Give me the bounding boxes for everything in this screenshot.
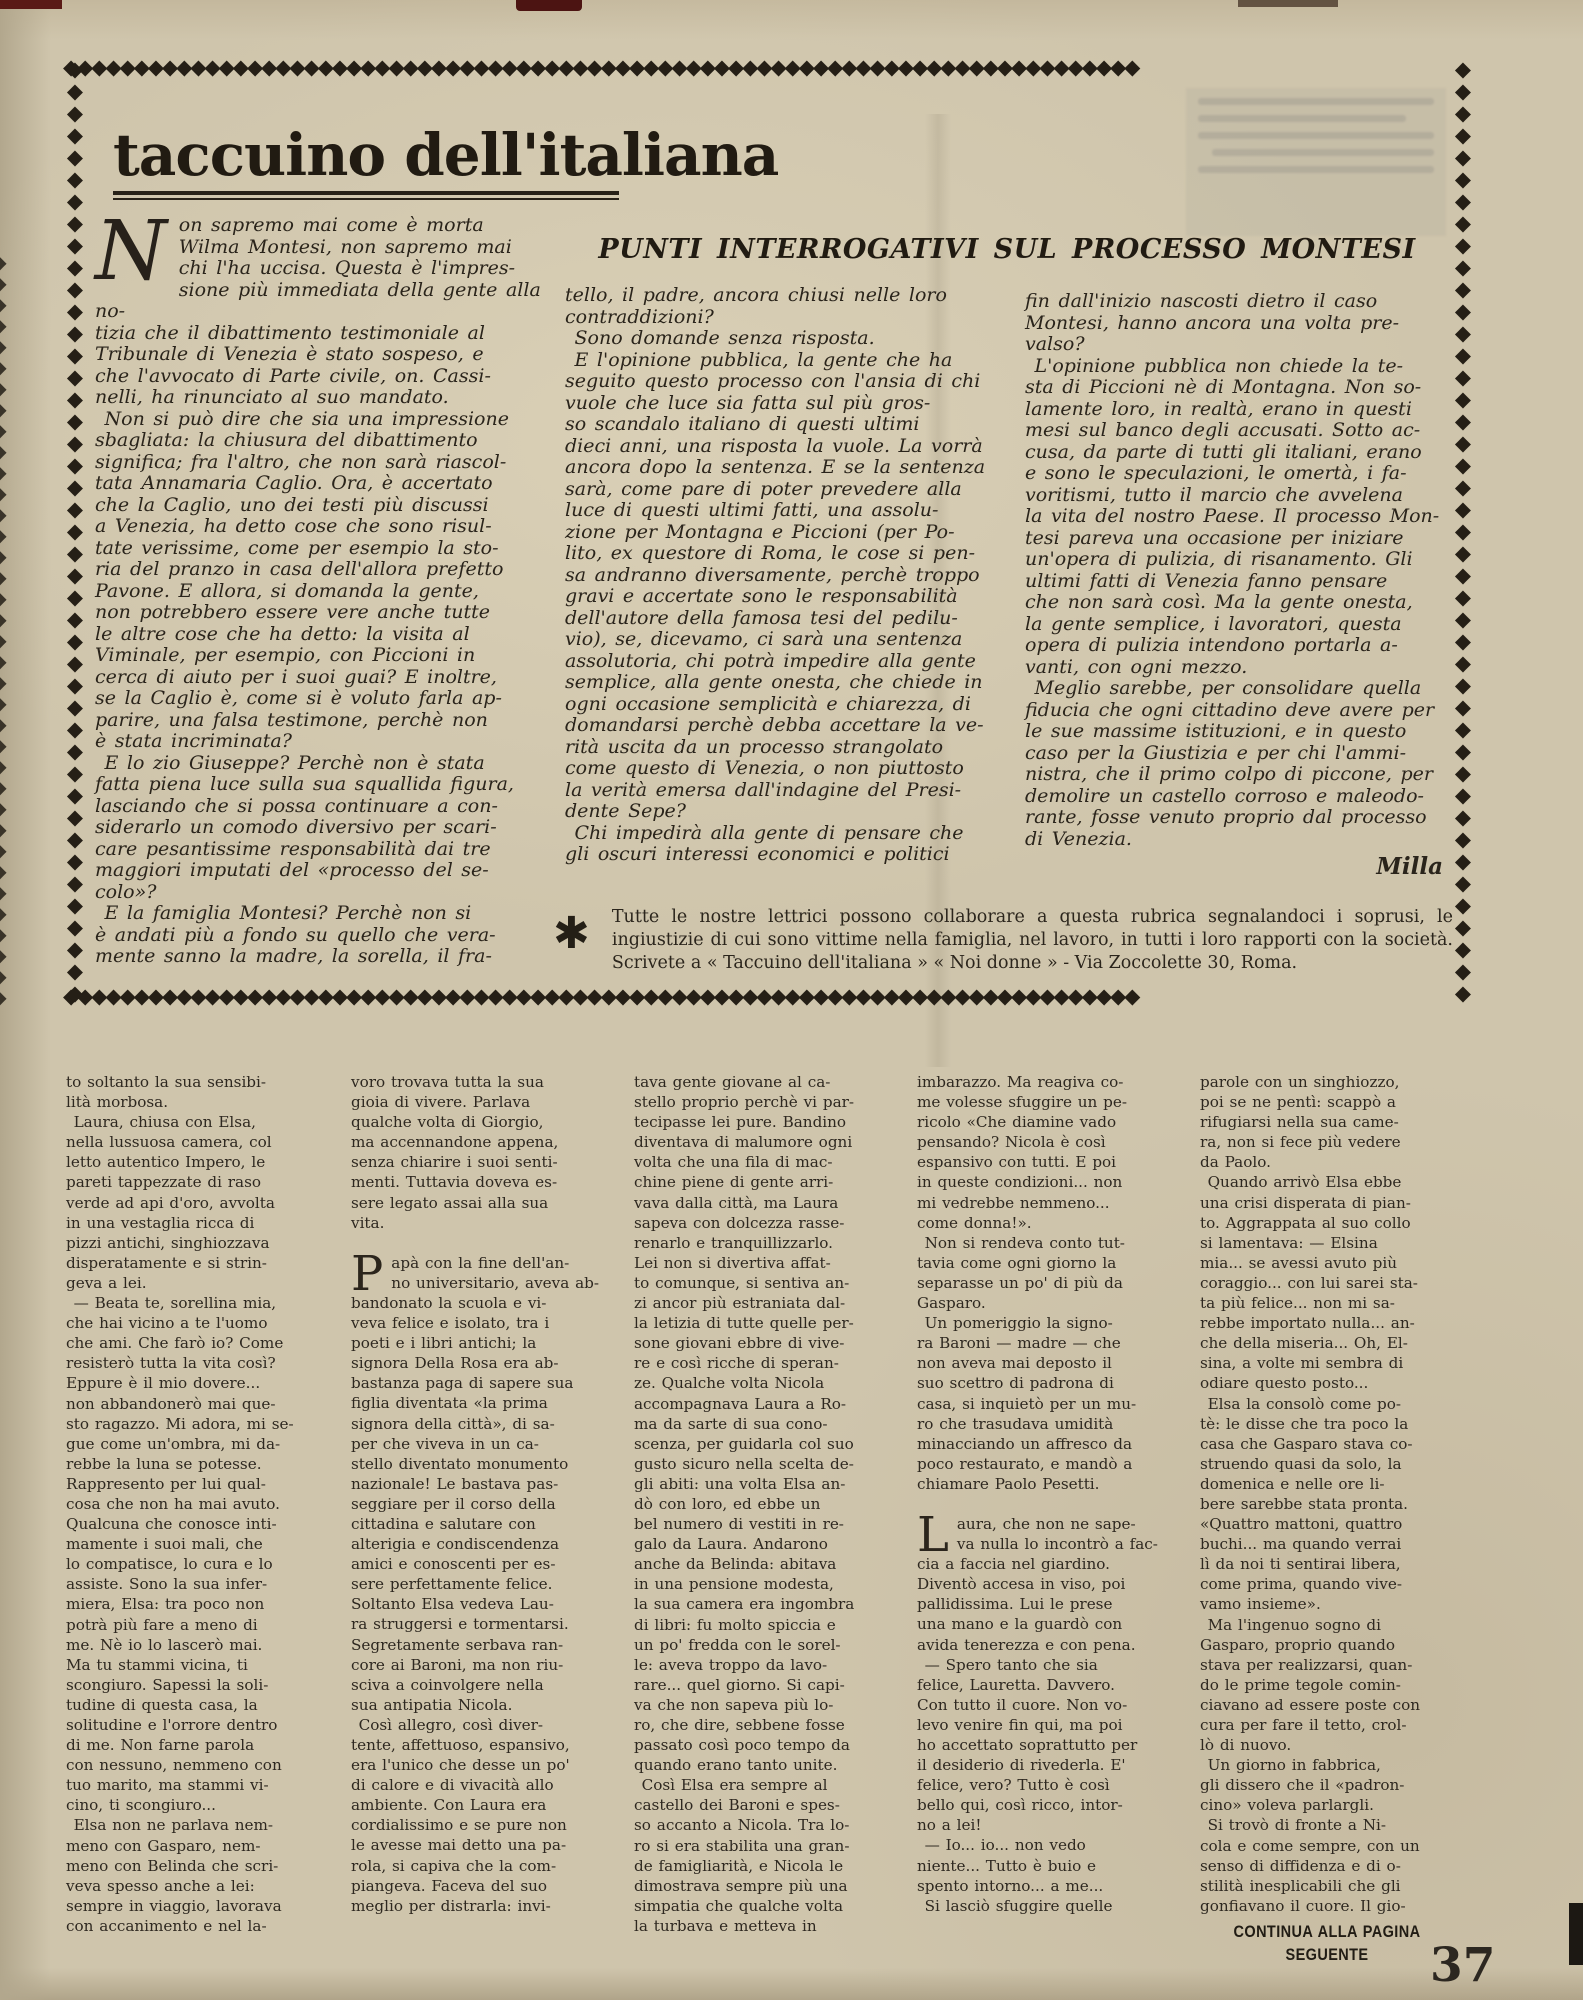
diamond-border-right: ◆◆◆◆◆◆◆◆◆◆◆◆◆◆◆◆◆◆◆◆◆◆◆◆◆◆◆◆◆◆◆◆◆◆◆◆◆◆◆◆… [1451,57,1473,1008]
feature-column-3: fin dall'inizio nascosti dietro il caso … [1025,291,1451,878]
feature-column-2-text: tello, il padre, ancora chiusi nelle lor… [565,284,985,865]
print-artifact [1569,1903,1583,1965]
feature-column-3-text: fin dall'inizio nascosti dietro il caso … [1025,290,1439,850]
story-text: to soltanto la sua sensibi- lità morbosa… [66,1073,294,1935]
story-text: apà con la fine dell'an- no universitari… [351,1254,599,1915]
story-column-4: imbarazzo. Ma reagiva co- me volesse sfu… [917,1072,1171,1916]
asterisk-icon: ✱ [553,912,590,956]
diamond-border-top: ◆◆◆◆◆◆◆◆◆◆◆◆◆◆◆◆◆◆◆◆◆◆◆◆◆◆◆◆◆◆◆◆◆◆◆◆◆◆◆◆… [63,57,1473,79]
drop-cap-L: L [917,1514,957,1554]
story-column-1: to soltanto la sua sensibi- lità morbosa… [66,1072,320,1936]
feature-byline: Milla [1025,856,1451,878]
diamond-border-left: ◆◆◆◆◆◆◆◆◆◆◆◆◆◆◆◆◆◆◆◆◆◆◆◆◆◆◆◆◆◆◆◆◆◆◆◆◆◆◆◆… [63,57,85,1008]
feature-box: ◆◆◆◆◆◆◆◆◆◆◆◆◆◆◆◆◆◆◆◆◆◆◆◆◆◆◆◆◆◆◆◆◆◆◆◆◆◆◆◆… [63,57,1473,1008]
story-text: imbarazzo. Ma reagiva co- me volesse sfu… [917,1073,1136,1493]
drop-cap-P: P [351,1253,391,1293]
feature-column-2: tello, il padre, ancora chiusi nelle lor… [565,285,1009,866]
drop-cap-N: N [95,215,179,283]
print-artifact [0,0,62,9]
story-text: tava gente giovane al ca- stello proprio… [634,1073,854,1935]
footnote-text: Tutte le nostre lettrici possono collabo… [612,906,1453,975]
title-double-rule [113,191,619,200]
feature-column-1: Non sapremo mai come è morta Wilma Monte… [95,215,551,968]
print-artifact [1238,0,1338,7]
feature-column-1-text: on sapremo mai come è morta Wilma Montes… [95,214,541,967]
story-text: voro trovava tutta la sua gioia di viver… [351,1073,558,1232]
facing-page-border-bleed: ◆◆◆◆◆◆◆◆◆◆◆◆◆◆◆◆◆◆◆◆◆◆◆◆◆◆◆◆◆◆◆◆◆◆◆◆◆◆◆◆ [0,250,10,1010]
print-artifact [516,0,582,11]
story-text: aura, che non ne sape- va nulla lo incon… [917,1515,1158,1915]
story-column-2: voro trovava tutta la sua gioia di viver… [351,1072,605,1916]
page-number: 37 [1430,1938,1495,1993]
feature-headline: PUNTI INTERROGATIVI SUL PROCESSO MONTESI [563,234,1451,265]
editorial-footnote: ✱ Tutte le nostre lettrici possono colla… [553,906,1453,975]
rubric-title: taccuino dell'italiana [113,121,778,189]
story-column-5: parole con un singhiozzo, poi se ne pent… [1200,1072,1454,1964]
story-column-3: tava gente giovane al ca- stello proprio… [634,1072,888,1936]
magazine-page: ◆◆◆◆◆◆◆◆◆◆◆◆◆◆◆◆◆◆◆◆◆◆◆◆◆◆◆◆◆◆◆◆◆◆◆◆◆◆◆◆… [0,0,1583,2000]
story-text: parole con un singhiozzo, poi se ne pent… [1200,1073,1420,1915]
diamond-border-bottom: ◆◆◆◆◆◆◆◆◆◆◆◆◆◆◆◆◆◆◆◆◆◆◆◆◆◆◆◆◆◆◆◆◆◆◆◆◆◆◆◆… [63,986,1473,1008]
continued-notice: CONTINUA ALLA PAGINA SEGUENTE [1200,1921,1454,1967]
